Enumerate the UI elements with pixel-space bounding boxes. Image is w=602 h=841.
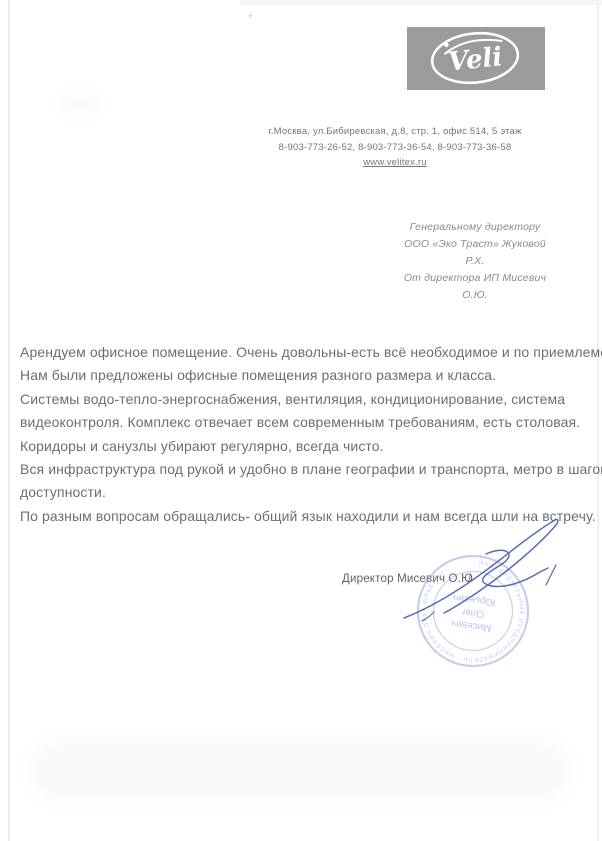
letter-body: Арендуем офисное помещение. Очень доволь… <box>20 341 595 528</box>
letterhead-address-block: г.Москва, ул.Бибиревская, д.8, стр. 1, о… <box>230 124 560 171</box>
scan-edge-left <box>8 0 10 841</box>
recipient-line-2: ООО «Эко Траст» Жуковой Р.Х. <box>400 236 550 270</box>
recipient-block: Генеральному директору ООО «Эко Траст» Ж… <box>400 219 550 304</box>
website-link[interactable]: www.velitex.ru <box>363 155 427 171</box>
body-line: Коридоры и санузлы убирают регулярно, вс… <box>20 435 595 458</box>
scan-smudge <box>30 740 570 800</box>
recipient-line-3: От директора ИП Мисевич О.Ю. <box>400 270 550 304</box>
body-line: Нам были предложены офисные помещения ра… <box>20 364 595 387</box>
body-line: Арендуем офисное помещение. Очень доволь… <box>20 341 595 364</box>
logo-wordmark: Veli <box>447 42 504 77</box>
body-line: Системы водо-тепло-энергоснабжения, вент… <box>20 388 595 411</box>
scan-edge-top <box>240 0 602 5</box>
body-line: доступности. <box>20 481 595 504</box>
veli-logo-icon: Veli <box>407 27 545 90</box>
company-logo: Veli <box>407 27 545 90</box>
address-line: г.Москва, ул.Бибиревская, д.8, стр. 1, о… <box>230 124 560 140</box>
recipient-line-1: Генеральному директору <box>400 219 550 236</box>
phones-line: 8-903-773-26-52, 8-903-773-36-54, 8-903-… <box>230 140 560 156</box>
scan-edge-right <box>597 0 599 841</box>
scan-smudge <box>60 95 100 113</box>
scanned-letter-page: + Veli г.Москва, ул.Бибиревская, д.8, ст… <box>0 0 602 841</box>
body-line: видеоконтроля. Комплекс отвечает всем со… <box>20 411 595 434</box>
body-line: Вся инфраструктура под рукой и удобно в … <box>20 458 595 481</box>
handwritten-signature <box>390 512 570 627</box>
scan-mark: + <box>248 11 253 21</box>
